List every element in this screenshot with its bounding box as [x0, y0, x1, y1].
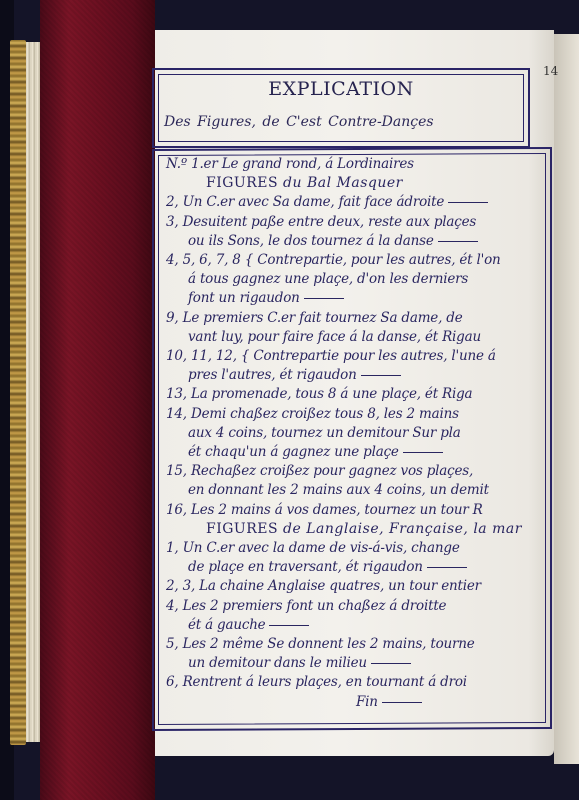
page-number: 14	[543, 64, 558, 78]
manuscript-line: de plaçe en traversant, ét rigaudon	[188, 559, 467, 575]
line-end-rule	[371, 663, 411, 664]
line-text: 14, Demi chaßez croißez tous 8, les 2 ma…	[166, 406, 459, 422]
line-text: N.º 1.er Le grand rond, á Lordinaires	[166, 156, 414, 172]
manuscript-line: vant luy, pour faire face á la danse, ét…	[188, 329, 481, 345]
line-text: ou ils Sons, le dos tournez á la danse	[188, 233, 434, 249]
manuscript-line: 14, Demi chaßez croißez tous 8, les 2 ma…	[166, 406, 459, 422]
manuscript-line: N.º 1.er Le grand rond, á Lordinaires	[166, 156, 414, 172]
manuscript-line: 15, Rechaßez croißez pour gagnez vos pla…	[166, 463, 473, 479]
manuscript-line: á tous gagnez une plaçe, d'on les dernie…	[188, 271, 468, 287]
manuscript-line: 4, 5, 6, 7, 8 { Contrepartie, pour les a…	[166, 252, 501, 268]
page-title: EXPLICATION	[154, 78, 528, 100]
line-end-rule	[448, 202, 488, 203]
line-text: 5, Les 2 même Se donnent les 2 mains, to…	[166, 636, 475, 652]
line-end-rule	[403, 452, 443, 453]
manuscript-line: ét chaqu'un á gagnez une plaçe	[188, 444, 443, 460]
line-text: aux 4 coins, tournez un demitour Sur pla	[188, 425, 461, 441]
manuscript-line: en donnant les 2 mains aux 4 coins, un d…	[188, 482, 489, 498]
line-text: un demitour dans le milieu	[188, 655, 367, 671]
line-text: 1, Un C.er avec la dame de vis-á-vis, ch…	[166, 540, 460, 556]
manuscript-line: ou ils Sons, le dos tournez á la danse	[188, 233, 478, 249]
section-heading: FIGURES de Langlaise, Française, la mar	[206, 521, 522, 537]
line-text: 4, 5, 6, 7, 8 { Contrepartie, pour les a…	[166, 252, 501, 268]
section-heading: FIGURES du Bal Masquer	[206, 175, 403, 191]
page-subtitle: Des Figures, de C'est Contre-Dançes	[164, 114, 522, 130]
manuscript-line: 5, Les 2 même Se donnent les 2 mains, to…	[166, 636, 475, 652]
line-text: FIGURES	[206, 521, 278, 537]
manuscript-line: 3, Desuitent paße entre deux, reste aux …	[166, 214, 476, 230]
manuscript-line: 4, Les 2 premiers font un chaßez á droit…	[166, 598, 446, 614]
manuscript-line: 13, La promenade, tous 8 á une plaçe, ét…	[166, 386, 472, 402]
manuscript-line: ét á gauche	[188, 617, 309, 633]
line-text: font un rigaudon	[188, 290, 300, 306]
gilt-book-edge	[10, 40, 26, 745]
line-text: 6, Rentrent á leurs plaçes, en tournant …	[166, 674, 467, 690]
manuscript-line: 10, 11, 12, { Contrepartie pour les autr…	[166, 348, 496, 364]
manuscript-line: 1, Un C.er avec la dame de vis-á-vis, ch…	[166, 540, 460, 556]
line-text: vant luy, pour faire face á la danse, ét…	[188, 329, 481, 345]
heading-suffix: du Bal Masquer	[278, 175, 403, 191]
line-text: de plaçe en traversant, ét rigaudon	[188, 559, 423, 575]
heading-suffix: de Langlaise, Française, la mar	[278, 521, 522, 537]
manuscript-line: aux 4 coins, tournez un demitour Sur pla	[188, 425, 461, 441]
line-text: pres l'autres, ét rigaudon	[188, 367, 357, 383]
manuscript-line: pres l'autres, ét rigaudon	[188, 367, 401, 383]
line-text: ét chaqu'un á gagnez une plaçe	[188, 444, 399, 460]
facing-page-edge	[554, 34, 579, 764]
manuscript-line: font un rigaudon	[188, 290, 344, 306]
line-end-rule	[438, 241, 478, 242]
manuscript-line: un demitour dans le milieu	[188, 655, 411, 671]
line-text: ét á gauche	[188, 617, 265, 633]
line-text: en donnant les 2 mains aux 4 coins, un d…	[188, 482, 489, 498]
red-ribbon-bookmark	[40, 0, 155, 800]
line-text: 15, Rechaßez croißez pour gagnez vos pla…	[166, 463, 473, 479]
manuscript-line: 2, Un C.er avec Sa dame, fait face ádroi…	[166, 194, 488, 210]
line-text: á tous gagnez une plaçe, d'on les dernie…	[188, 271, 468, 287]
line-text: 2, 3, La chaine Anglaise quatres, un tou…	[166, 578, 481, 594]
line-text: FIGURES	[206, 175, 278, 191]
line-end-rule	[269, 625, 309, 626]
manuscript-line: 16, Les 2 mains á vos dames, tournez un …	[166, 502, 483, 518]
line-end-rule	[361, 375, 401, 376]
line-end-rule	[382, 702, 422, 703]
line-text: 13, La promenade, tous 8 á une plaçe, ét…	[166, 386, 472, 402]
line-end-rule	[427, 567, 467, 568]
manuscript-line: 6, Rentrent á leurs plaçes, en tournant …	[166, 674, 467, 690]
line-text: 3, Desuitent paße entre deux, reste aux …	[166, 214, 476, 230]
line-text: 9, Le premiers C.er fait tournez Sa dame…	[166, 310, 463, 326]
manuscript-line: Fin	[356, 694, 422, 710]
line-text: 10, 11, 12, { Contrepartie pour les autr…	[166, 348, 496, 364]
manuscript-line: 9, Le premiers C.er fait tournez Sa dame…	[166, 310, 463, 326]
line-end-rule	[304, 298, 344, 299]
line-text: 16, Les 2 mains á vos dames, tournez un …	[166, 502, 483, 518]
line-text: Fin	[356, 694, 378, 710]
line-text: 2, Un C.er avec Sa dame, fait face ádroi…	[166, 194, 444, 210]
line-text: 4, Les 2 premiers font un chaßez á droit…	[166, 598, 446, 614]
title-cartouche: EXPLICATION Des Figures, de C'est Contre…	[152, 68, 530, 148]
manuscript-line: 2, 3, La chaine Anglaise quatres, un tou…	[166, 578, 481, 594]
